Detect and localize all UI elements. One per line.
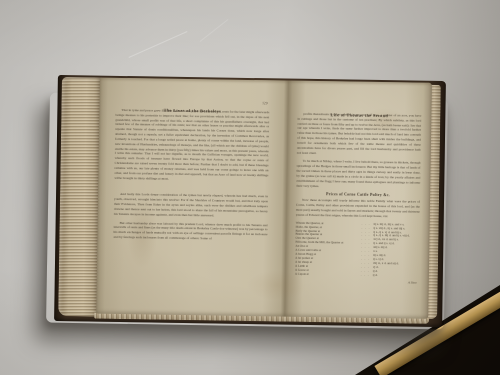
open-page-spread: The Lives of the Berkeleys 129 49. Dors.… bbox=[96, 78, 432, 319]
dotted-leader: . . . . . . . . . . . . . . . . . . . . … bbox=[361, 273, 371, 277]
paragraph: profits thereabouts in those wastes, in … bbox=[297, 112, 422, 157]
page-edges-left-stack bbox=[58, 77, 102, 317]
paragraph: To be much at Nibley, where I write, I l… bbox=[296, 159, 420, 190]
left-page-number: 129 bbox=[262, 101, 267, 105]
left-page-header-row: The Lives of the Berkeleys 129 bbox=[116, 98, 270, 106]
price-table: Wheate the Quarter, at . . . . . . . . .… bbox=[295, 221, 420, 278]
right-page-header-row: 130 Life of Thomas the Second bbox=[297, 103, 421, 111]
left-page: The Lives of the Berkeleys 129 49. Dors.… bbox=[113, 98, 270, 296]
paragraph: And lastly this Lords deepe consideratio… bbox=[114, 192, 268, 219]
price-table-row: A Capon at . . . . . . . . . . . . . . .… bbox=[295, 272, 419, 278]
catchword: A Shee bbox=[295, 279, 419, 285]
paragraph: Now these Accompts will truely informe t… bbox=[296, 198, 420, 219]
left-page-body-text: That in tyme and peace grew first the me… bbox=[113, 108, 269, 242]
price-value: ij d. bbox=[373, 273, 419, 278]
photo-scene: The Lives of the Berkeleys 129 49. Dors.… bbox=[0, 0, 500, 375]
open-book: The Lives of the Berkeleys 129 49. Dors.… bbox=[54, 75, 446, 327]
price-item-label: A Capon at bbox=[295, 272, 359, 277]
right-page: 130 Life of Thomas the Second profits th… bbox=[294, 103, 421, 305]
section-heading: Prices of Corne Cattle Pultry &c. bbox=[296, 192, 420, 198]
paragraph: But other husbandry alsoe was labored by… bbox=[113, 220, 267, 242]
right-page-body-text: profits thereabouts in those wastes, in … bbox=[295, 112, 422, 285]
paragraph: That in tyme and peace grew first the me… bbox=[114, 108, 269, 183]
